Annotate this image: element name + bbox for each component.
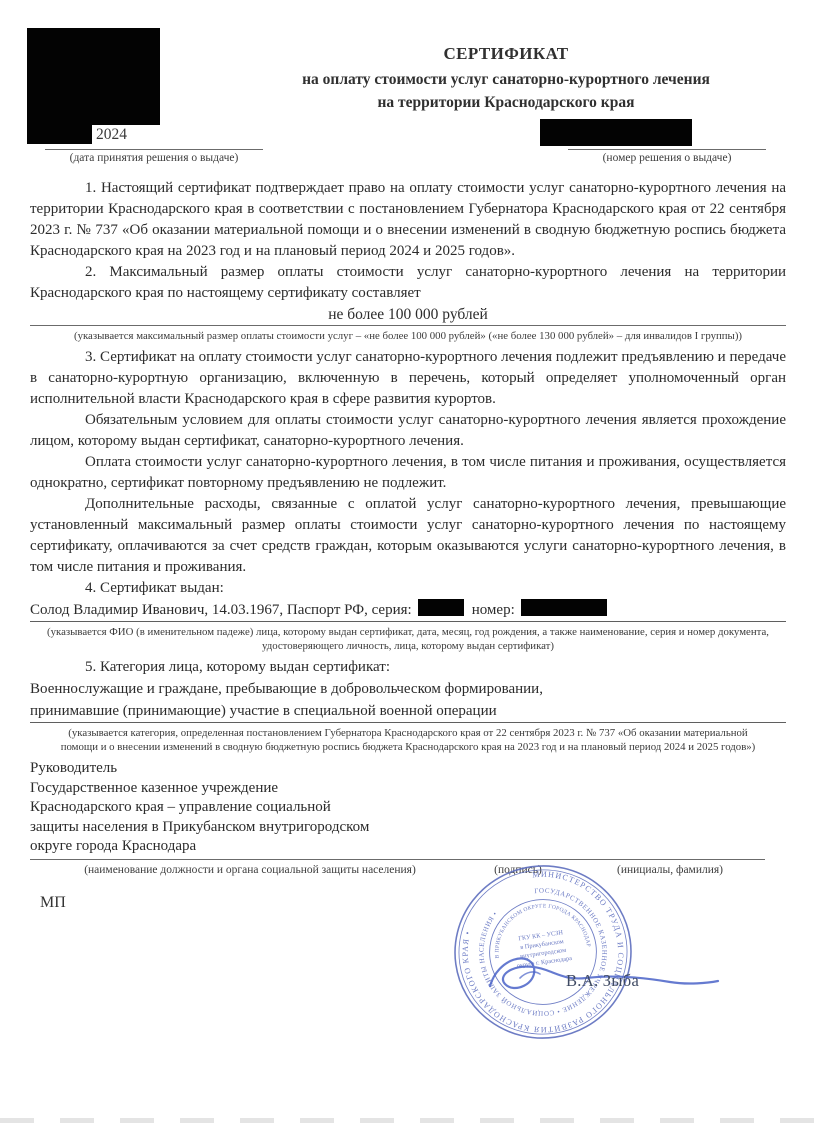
signature-block: Руководитель Государственное казенное уч… — [30, 759, 786, 913]
certificate-document: СЕРТИФИКАТ на оплату стоимости услуг сан… — [0, 0, 816, 1123]
decision-date-value: 2024 — [96, 126, 127, 144]
redaction-passport-series — [418, 599, 464, 616]
signatory-line-3: Краснодарского края – управление социаль… — [30, 798, 786, 818]
title-line-2: на оплату стоимости услуг санаторно-куро… — [226, 68, 786, 91]
issued-person-text: Солод Владимир Иванович, 14.03.1967, Пас… — [30, 602, 412, 618]
category-line-2: принимавшие (принимающие) участие в спец… — [30, 700, 786, 723]
paragraph-1: 1. Настоящий сертификат подтверждает пра… — [30, 178, 786, 262]
redaction-box-number — [540, 119, 692, 146]
paragraph-2: 2. Максимальный размер оплаты стоимости … — [30, 262, 786, 304]
decision-date-caption: (дата принятия решения о выдаче) — [45, 152, 263, 164]
redaction-passport-number — [521, 599, 607, 616]
paragraph-4: Обязательным условием для оплаты стоимос… — [30, 410, 786, 452]
title-line-1: СЕРТИФИКАТ — [226, 44, 786, 64]
signatory-line-2: Государственное казенное учреждение — [30, 779, 786, 799]
paragraph-6: Дополнительные расходы, связанные с опла… — [30, 494, 786, 578]
paragraph-issued-heading: 4. Сертификат выдан: — [30, 578, 786, 599]
paragraph-3: 3. Сертификат на оплату стоимости услуг … — [30, 347, 786, 410]
decision-number-underline — [568, 149, 766, 150]
category-line-1: Военнослужащие и граждане, пребывающие в… — [30, 678, 786, 700]
document-body: 1. Настоящий сертификат подтверждает пра… — [30, 178, 786, 913]
max-amount-line: не более 100 000 рублей — [30, 304, 786, 326]
redaction-box-date — [27, 125, 92, 144]
note-issued-person: (указывается ФИО (в именительном падеже)… — [30, 625, 786, 653]
caption-position: (наименование должности и органа социаль… — [35, 860, 465, 881]
paragraph-5: Оплата стоимости услуг санаторно-курортн… — [30, 452, 786, 494]
paragraph-category-heading: 5. Категория лица, которому выдан сертиф… — [30, 657, 786, 678]
signatory-line-5: округе города Краснодара — [30, 837, 786, 857]
document-title: СЕРТИФИКАТ на оплату стоимости услуг сан… — [226, 44, 786, 114]
signature-captions: (наименование должности и органа социаль… — [30, 860, 786, 878]
decision-number-caption: (номер решения о выдаче) — [568, 152, 766, 164]
signatory-line-4: защиты населения в Прикубанском внутриго… — [30, 818, 786, 838]
note-category: (указывается категория, определенная пос… — [58, 726, 758, 754]
stamp-place-label: МП — [40, 892, 786, 913]
signatory-name: В.А. Зыба — [566, 971, 639, 991]
issued-number-label: номер: — [472, 602, 515, 618]
scan-noise-strip — [0, 1118, 816, 1123]
decision-date-underline — [45, 149, 263, 150]
signatory-line-1: Руководитель — [30, 759, 786, 779]
note-max-amount: (указывается максимальный размер оплаты … — [30, 329, 786, 343]
issued-person-line: Солод Владимир Иванович, 14.03.1967, Пас… — [30, 599, 786, 622]
title-line-3: на территории Краснодарского края — [226, 91, 786, 114]
redaction-box-top — [27, 28, 160, 125]
